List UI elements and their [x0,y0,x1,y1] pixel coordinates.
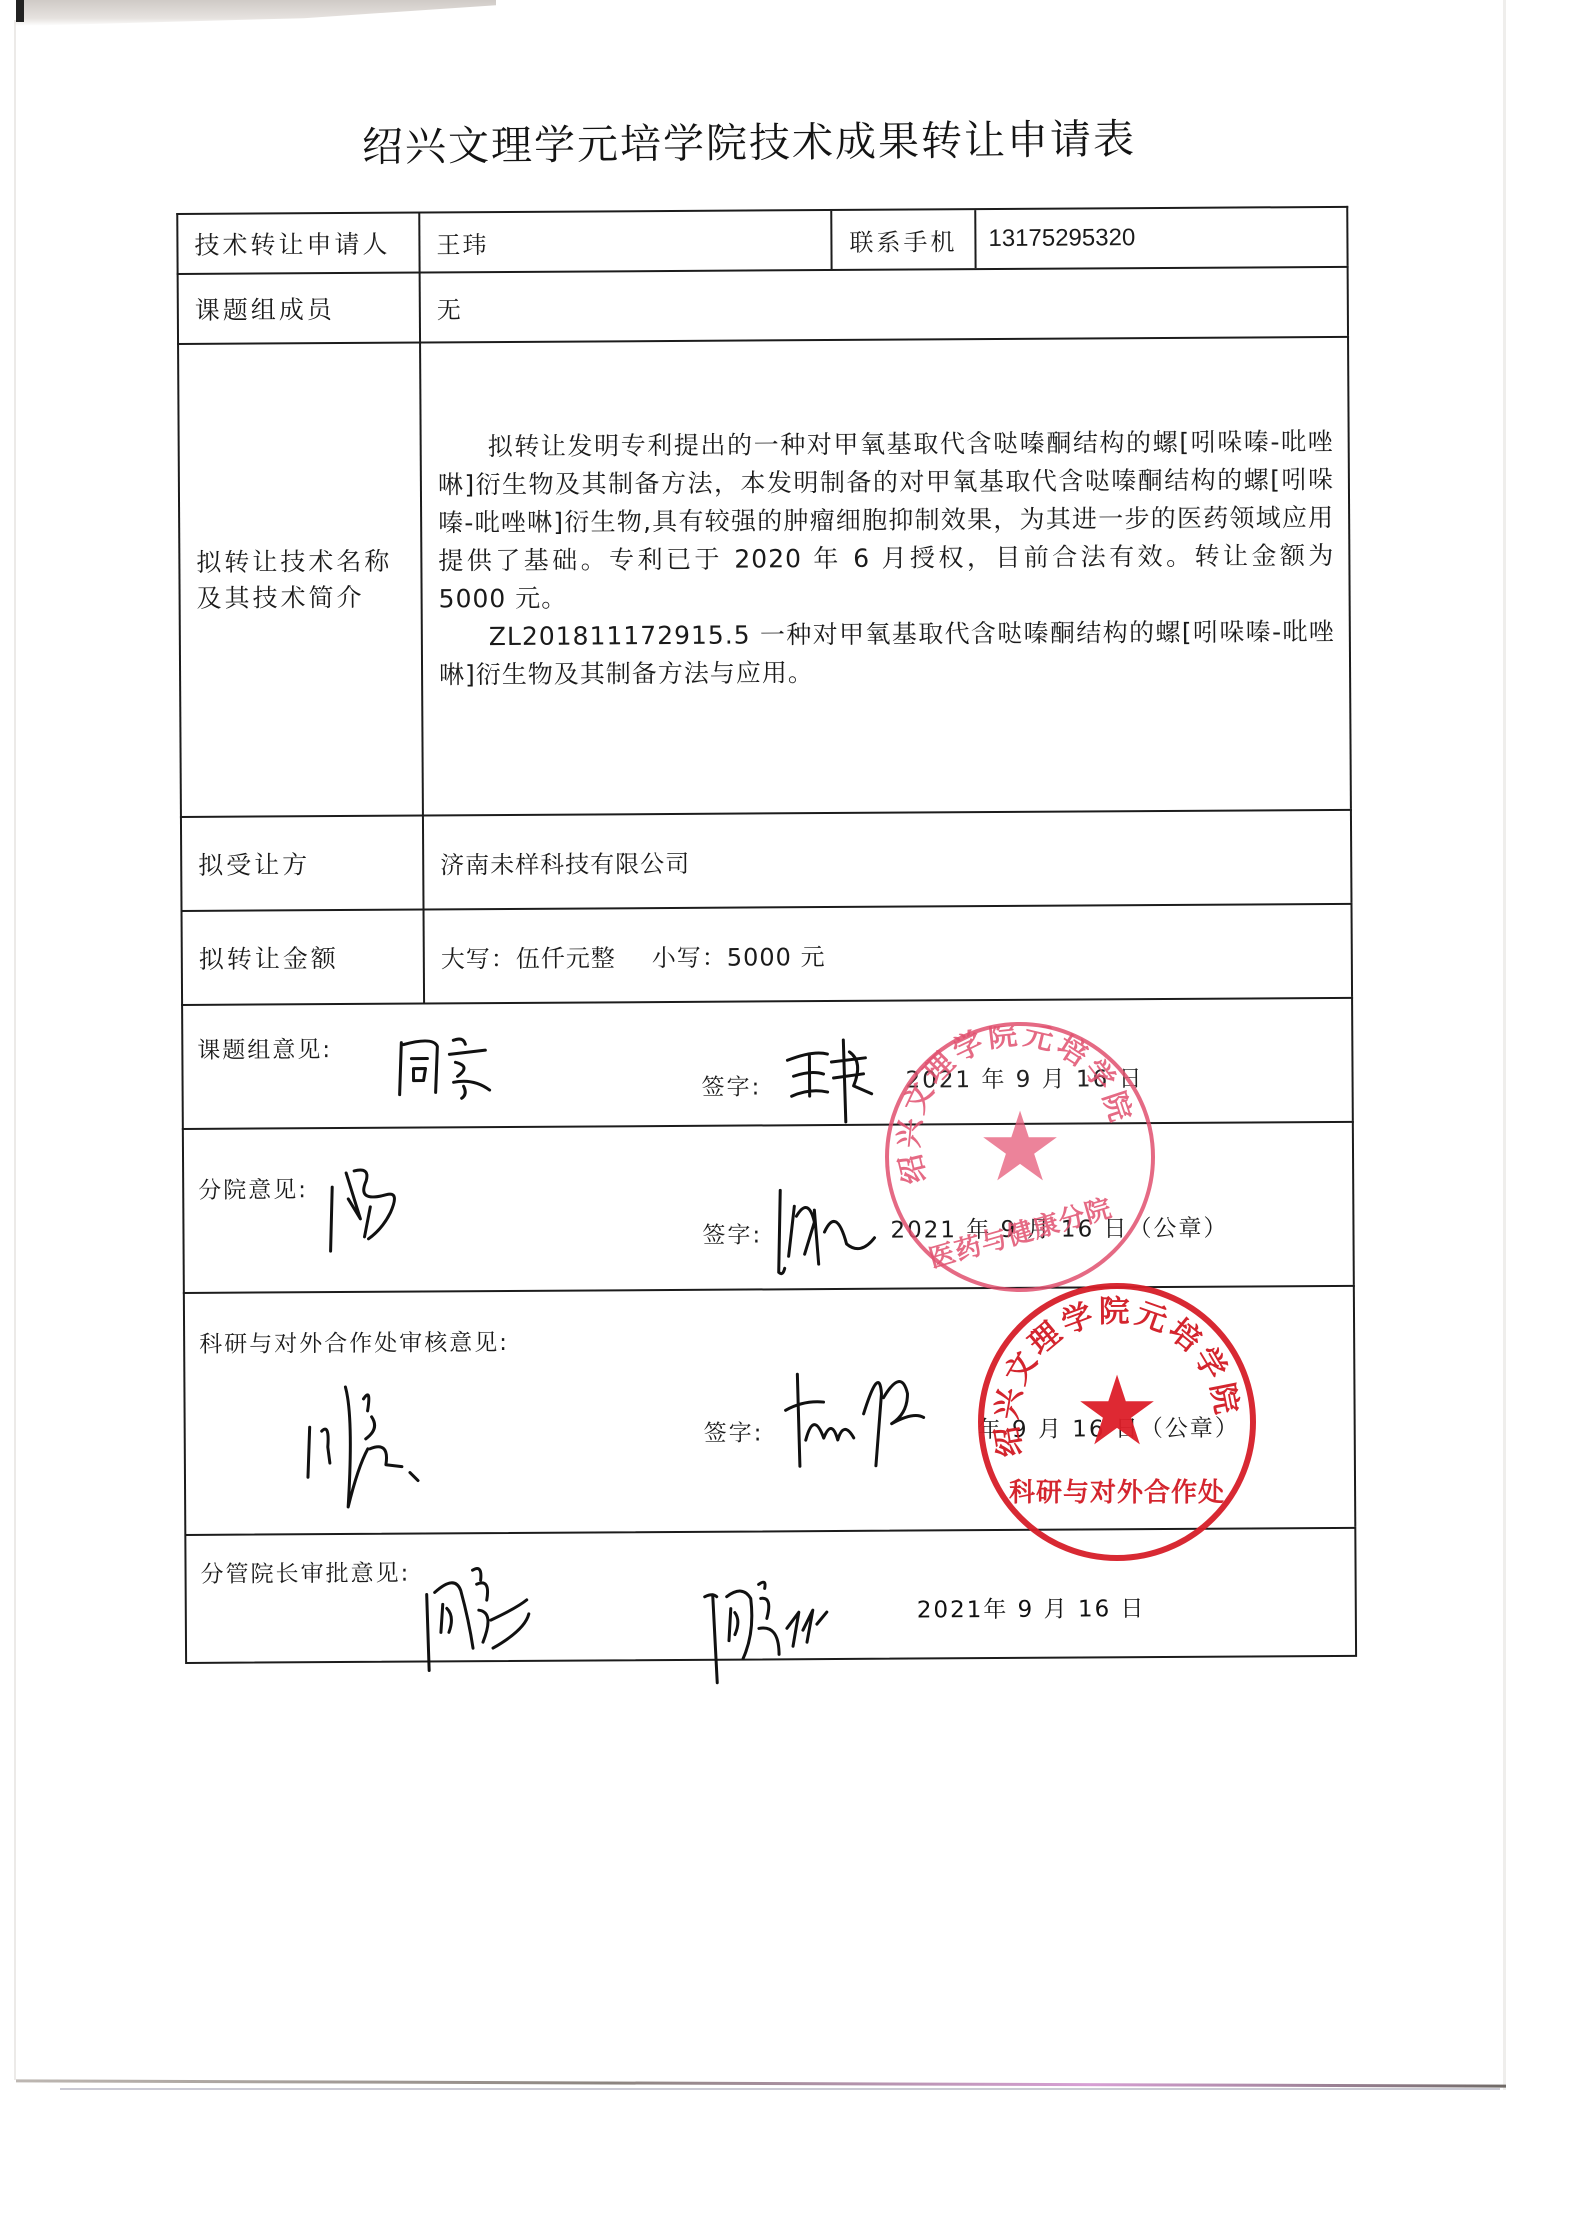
branch-date: 2021 年 9 月 16 日（公章） [890,1210,1228,1245]
handwritten-opinion [305,1376,446,1527]
technology-label: 拟转让技术名称 及其技术简介 [179,344,424,816]
handwritten-opinion [424,1560,555,1671]
page-edge [1503,0,1506,2090]
scan-edge-bottom [60,2088,1500,2090]
branch-sign-label: 签字: [702,1216,762,1249]
vice-president-date: 2021年 9 月 16 日 [917,1590,1146,1624]
row-branch-opinion: 分院意见: 签字: 2021 年 9 月 16 日（公章） [182,1121,1355,1292]
technology-description: 拟转让发明专利提出的一种对甲氧基取代含哒嗪酮结构的螺[吲哚嗪-吡唑啉]衍生物及其… [421,338,1350,815]
amount-value: 大写：伍仟元整 小写：5000 元 [425,905,1352,1003]
row-amount: 拟转让金额 大写：伍仟元整 小写：5000 元 [181,903,1354,1004]
amount-upper: 大写：伍仟元整 [441,938,616,974]
handwritten-signature [774,1176,895,1277]
group-sign-label: 签字: [701,1068,761,1101]
phone-label: 联系手机 [830,210,976,269]
row-technology: 拟转让技术名称 及其技术简介 拟转让发明专利提出的一种对甲氧基取代含哒嗪酮结构的… [177,336,1352,816]
research-office-sign-label: 签字: [704,1414,764,1447]
row-vice-president-approval: 分管院长审批意见: 2021年 9 月 16 日 [184,1527,1357,1664]
phone-value: 13175295320 [976,208,1346,268]
handwritten-signature [703,1572,844,1683]
research-office-opinion-label: 科研与对外合作处审核意见: [199,1324,509,1359]
amount-label: 拟转让金额 [183,910,426,1003]
group-opinion-label: 课题组意见: [197,1031,332,1065]
document-title: 绍兴文理学元培学院技术成果转让申请表 [362,106,1137,173]
amount-lower: 小写：5000 元 [652,937,826,973]
branch-opinion-label: 分院意见: [198,1171,308,1205]
transferee-label: 拟受让方 [182,816,425,909]
research-office-date: 年 9 月 16 日（公章） [978,1410,1240,1445]
transferee-value: 济南未样科技有限公司 [424,811,1351,909]
row-research-office-opinion: 科研与对外合作处审核意见: 签字: 年 9 月 16 日（公章） [183,1285,1356,1534]
page-edge [14,20,16,2080]
members-label: 课题组成员 [179,274,421,343]
vice-president-approval-label: 分管院长审批意见: [200,1555,410,1589]
applicant-value: 王玮 [420,211,830,272]
scan-shadow-top [16,0,496,26]
handwritten-signature [783,1353,954,1474]
row-transferee: 拟受让方 济南未样科技有限公司 [180,809,1353,910]
handwritten-opinion [393,1032,513,1103]
members-value: 无 [421,268,1347,342]
application-form: 技术转让申请人 王玮 联系手机 13175295320 课题组成员 无 拟转让技… [176,165,1357,1664]
row-members: 课题组成员 无 [177,266,1349,343]
description-paragraph: 拟转让发明专利提出的一种对甲氧基取代含哒嗪酮结构的螺[吲哚嗪-吡唑啉]衍生物及其… [438,423,1335,618]
row-applicant: 技术转让申请人 王玮 联系手机 13175295320 [176,206,1348,273]
group-date: 2021 年 9 月 16 日 [905,1060,1143,1094]
row-group-opinion: 课题组意见: 签字: 2021 年 9 月 16 日 [181,997,1354,1128]
handwritten-signature [783,1032,904,1123]
handwritten-opinion [326,1158,447,1259]
applicant-label: 技术转让申请人 [178,214,420,273]
scan-edge-bottom [16,2079,1506,2087]
patent-reference: ZL201811172915.5 一种对甲氧基取代含哒嗪酮结构的螺[吲哚嗪-吡唑… [439,613,1335,694]
